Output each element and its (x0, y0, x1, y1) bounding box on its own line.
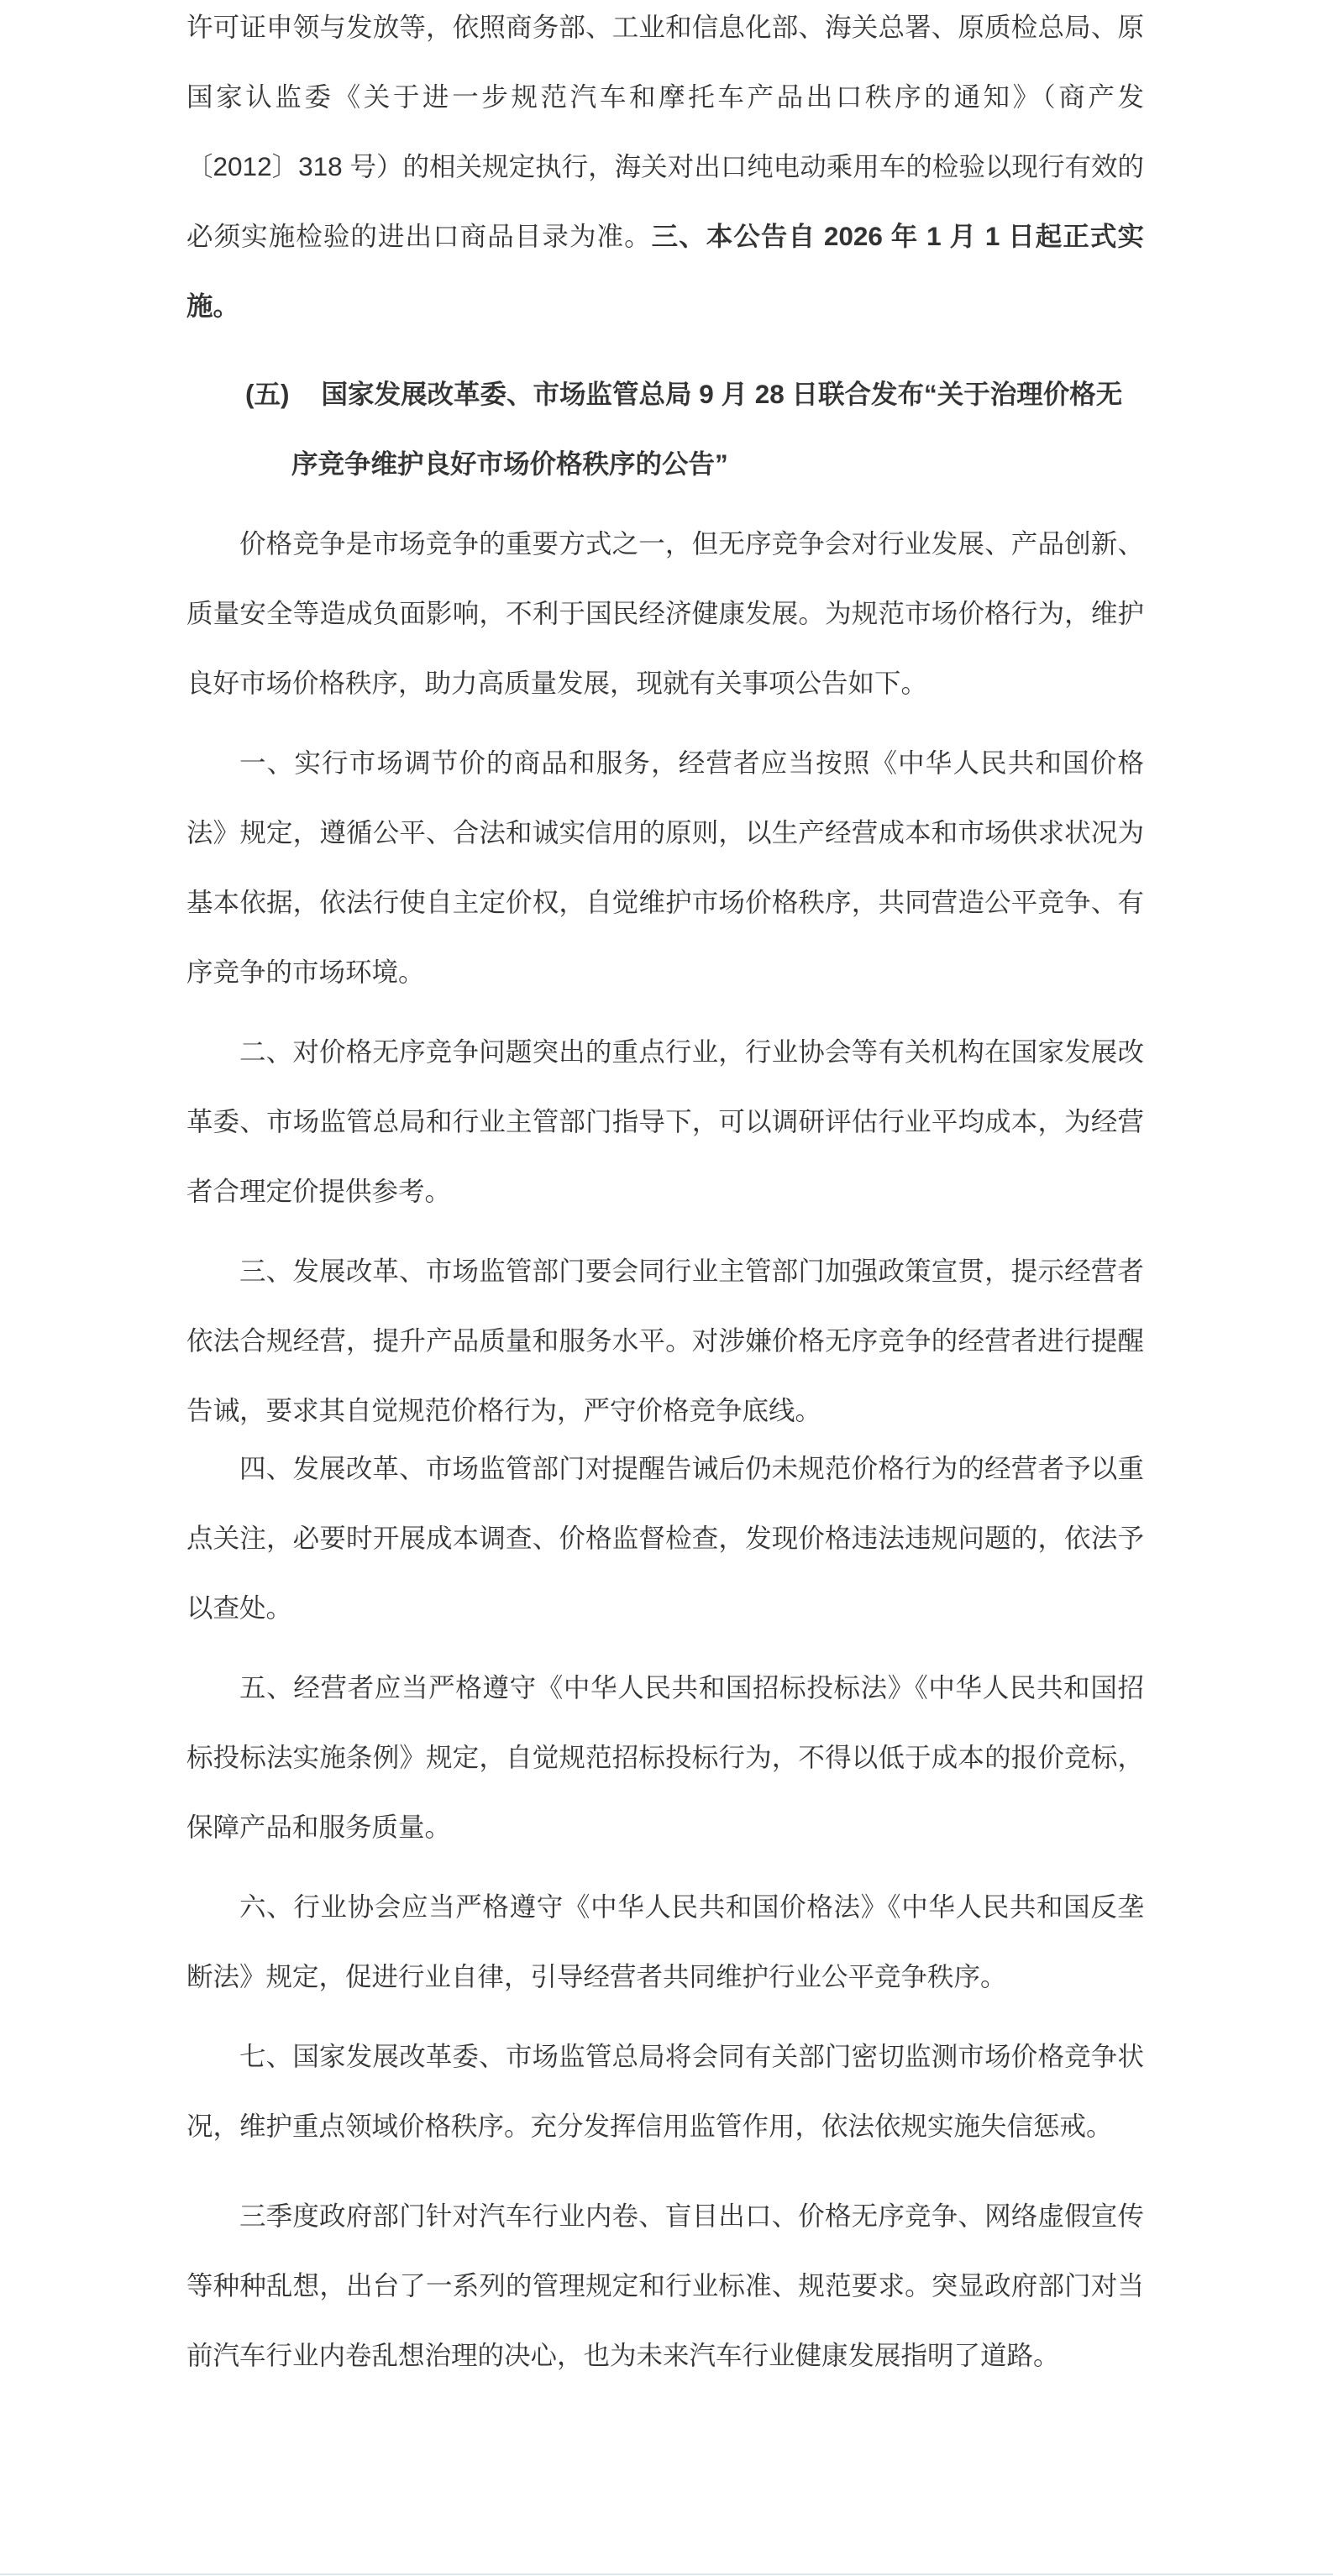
document-body: 许可证申领与发放等，依照商务部、工业和信息化部、海关总署、原质检总局、原国家认监… (186, 0, 1144, 2400)
section-heading: (五)国家发展改革委、市场监管总局 9 月 28 日联合发布“关于治理价格无序竞… (186, 359, 1144, 499)
paragraph-item-7: 七、国家发展改革委、市场监管总局将会同有关部门密切监测市场价格竞争状况，维护重点… (186, 2022, 1144, 2161)
bottom-divider (0, 2573, 1333, 2575)
paragraph-item-6: 六、行业协会应当严格遵守《中华人民共和国价格法》《中华人民共和国反垄断法》规定，… (186, 1872, 1144, 2012)
paragraph-item-1: 一、实行市场调节价的商品和服务，经营者应当按照《中华人民共和国价格法》规定，遵循… (186, 728, 1144, 1007)
paragraph-closing-summary: 三季度政府部门针对汽车行业内卷、盲目出口、价格无序竞争、网络虚假宣传等种种乱想，… (186, 2181, 1144, 2390)
paragraph-text: 许可证申领与发放等，依照商务部、工业和信息化部、海关总署、原质检总局、原国家认监… (186, 12, 1144, 251)
paragraph-intro: 价格竞争是市场竞争的重要方式之一，但无序竞争会对行业发展、产品创新、质量安全等造… (186, 509, 1144, 718)
paragraph-export-regulation: 许可证申领与发放等，依照商务部、工业和信息化部、海关总署、原质检总局、原国家认监… (186, 0, 1144, 341)
section-number: (五) (245, 379, 289, 409)
paragraph-item-4: 四、发展改革、市场监管部门对提醒告诫后仍未规范价格行为的经营者予以重点关注，必要… (186, 1434, 1144, 1643)
paragraph-item-5: 五、经营者应当严格遵守《中华人民共和国招标投标法》《中华人民共和国招标投标法实施… (186, 1653, 1144, 1862)
paragraph-item-3: 三、发展改革、市场监管部门要会同行业主管部门加强政策宣贯，提示经营者依法合规经营… (186, 1236, 1144, 1445)
section-heading-text: 国家发展改革委、市场监管总局 9 月 28 日联合发布“关于治理价格无序竞争维护… (291, 379, 1122, 479)
paragraph-item-2: 二、对价格无序竞争问题突出的重点行业，行业协会等有关机构在国家发展改革委、市场监… (186, 1017, 1144, 1226)
